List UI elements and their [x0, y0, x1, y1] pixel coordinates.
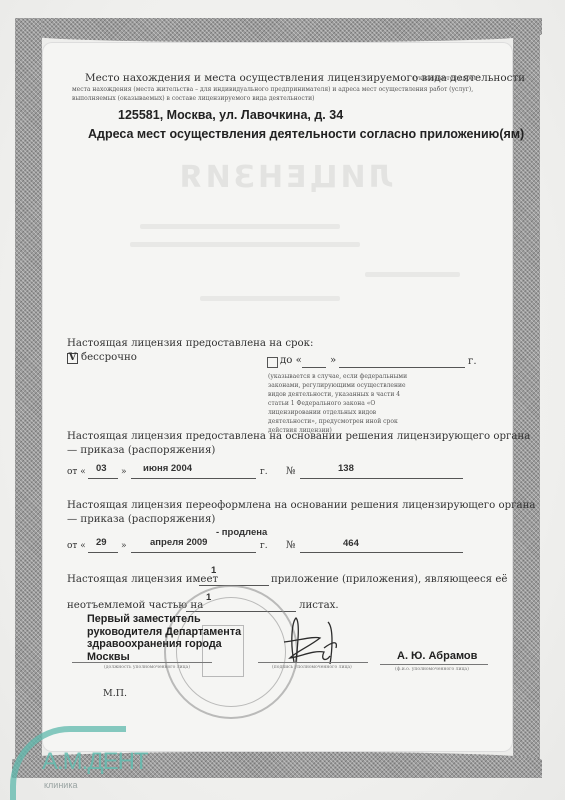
- reissue-close-quote: »: [121, 541, 127, 551]
- clinic-logo-subtitle: клиника: [44, 780, 77, 790]
- reissue-label-line2: — приказа (распоряжения): [67, 514, 215, 525]
- basis-number-label: №: [286, 466, 296, 477]
- basis-year-suffix: г.: [260, 467, 268, 477]
- name-caption: (ф.и.о. уполномоченного лица): [395, 667, 469, 672]
- signature-line: [258, 662, 368, 663]
- term-label: Настоящая лицензия предоставлена на срок…: [67, 338, 313, 349]
- until-year-suffix: г.: [468, 356, 477, 367]
- appendix-line2-end: листах.: [299, 600, 339, 611]
- basis-label-line2: — приказа (распоряжения): [67, 445, 215, 456]
- reissue-from: от «: [67, 541, 86, 551]
- signatory-position: Первый заместитель руководителя Департам…: [87, 613, 257, 663]
- clinic-logo-text: А.М.ДЕНТ: [42, 748, 148, 776]
- reissue-number: 464: [343, 538, 359, 549]
- seal-label: М.П.: [103, 688, 127, 699]
- bleed-through-line: [200, 296, 340, 301]
- license-page: ЛИЦЕНЗИЯ Место нахождения и места осущес…: [0, 0, 565, 800]
- basis-date-line: [131, 478, 256, 479]
- guilloche-border-left: [15, 18, 42, 778]
- basis-close-quote: »: [121, 467, 127, 477]
- basis-day: 03: [96, 463, 107, 474]
- reissue-year-suffix: г.: [260, 541, 268, 551]
- reissue-month-year: апреля 2009: [150, 537, 207, 548]
- basis-day-line: [88, 478, 118, 479]
- location-note: места нахождения (места жительства – для…: [72, 85, 512, 103]
- handwritten-signature: [280, 612, 350, 667]
- reissue-label-line1: Настоящая лицензия переоформлена на осно…: [67, 500, 535, 511]
- term-note: (указывается в случае, если федеральными…: [268, 372, 418, 435]
- address-appendix-note: Адреса мест осуществления деятельности с…: [88, 127, 524, 141]
- basis-month-year: июня 2004: [143, 463, 192, 474]
- signatory-name: А. Ю. Абрамов: [397, 650, 477, 662]
- address-value: 125581, Москва, ул. Лавочкина, д. 34: [118, 108, 343, 122]
- appendix-line1-start: Настоящая лицензия имеет: [67, 574, 218, 585]
- bleed-through-line: [130, 242, 360, 247]
- reissue-day-line: [88, 552, 118, 553]
- until-date-line: [339, 367, 465, 368]
- basis-number-line: [300, 478, 463, 479]
- reissue-day: 29: [96, 537, 107, 548]
- basis-from: от «: [67, 467, 86, 477]
- basis-number: 138: [338, 463, 354, 474]
- reissue-number-line: [300, 552, 463, 553]
- reissue-number-label: №: [286, 540, 296, 551]
- until-day-line: [302, 367, 326, 368]
- appendix-count: 1: [211, 565, 216, 576]
- until-label: до «: [280, 355, 302, 366]
- until-close-quote: »: [330, 355, 336, 366]
- position-caption: (должность уполномоченного лица): [104, 665, 190, 670]
- bleed-through-title: ЛИЦЕНЗИЯ: [165, 160, 405, 195]
- signature-caption: (подпись уполномоченного лица): [272, 665, 352, 670]
- indefinite-checkbox[interactable]: V: [67, 353, 78, 364]
- indefinite-label: бессрочно: [81, 352, 137, 363]
- reissue-date-line: [131, 552, 256, 553]
- guilloche-border-top: [18, 18, 542, 42]
- basis-label-line1: Настоящая лицензия предоставлена на осно…: [67, 431, 530, 442]
- appendix-line1-end: приложение (приложения), являющееся её: [271, 574, 507, 585]
- position-line: [72, 662, 212, 663]
- until-checkbox[interactable]: [267, 357, 278, 368]
- name-line: [380, 664, 488, 665]
- bleed-through-line: [365, 272, 460, 277]
- reissue-extended-note: - продлена: [216, 527, 267, 538]
- location-note-inline: (указываются адрес: [413, 75, 477, 82]
- bleed-through-line: [140, 224, 340, 229]
